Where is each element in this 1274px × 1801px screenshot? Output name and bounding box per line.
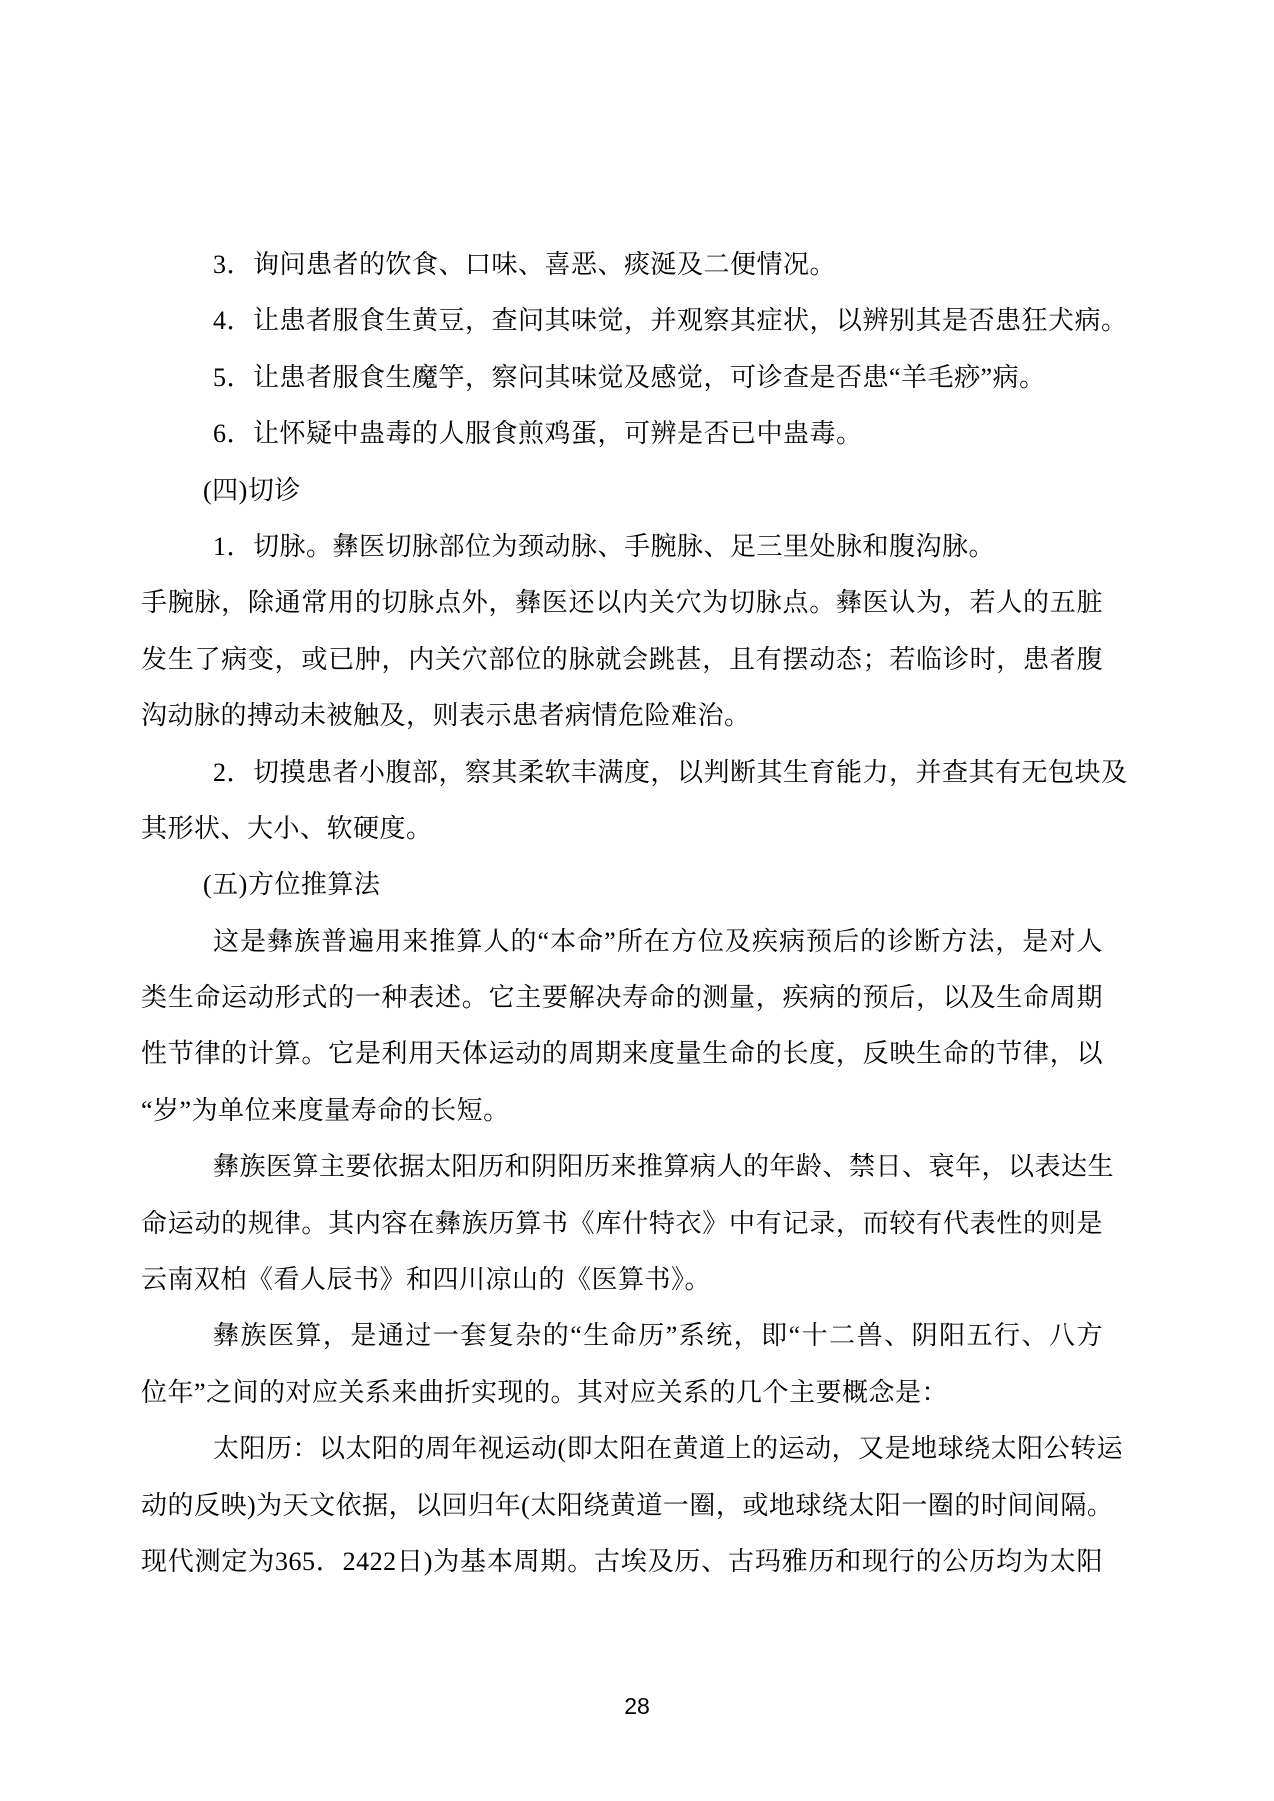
text-line: 3．询问患者的饮食、口味、喜恶、痰涎及二便情况。: [141, 237, 1103, 293]
text-line: 6．让怀疑中蛊毒的人服食煎鸡蛋，可辨是否已中蛊毒。: [141, 406, 1103, 462]
text-line: 1．切脉。彝医切脉部位为颈动脉、手腕脉、足三里处脉和腹沟脉。: [141, 519, 1103, 575]
text-line: 命运动的规律。其内容在彝族历算书《库什特衣》中有记录，而较有代表性的则是: [141, 1196, 1103, 1252]
page-number: 28: [0, 1688, 1274, 1724]
text-lines: 3．询问患者的饮食、口味、喜恶、痰涎及二便情况。4．让患者服食生黄豆，查问其味觉…: [141, 237, 1103, 1590]
text-line: 云南双柏《看人辰书》和四川凉山的《医算书》。: [141, 1252, 1103, 1308]
text-line: 发生了病变，或已肿，内关穴部位的脉就会跳甚，且有摆动态；若临诊时，患者腹: [141, 632, 1103, 688]
text-line: 动的反映)为天文依据，以回归年(太阳绕黄道一圈，或地球绕太阳一圈的时间间隔。: [141, 1478, 1103, 1534]
text-line: 4．让患者服食生黄豆，查问其味觉，并观察其症状，以辨别其是否患狂犬病。: [141, 293, 1103, 349]
text-line: 手腕脉，除通常用的切脉点外，彝医还以内关穴为切脉点。彝医认为，若人的五脏: [141, 575, 1103, 631]
text-line: “岁”为单位来度量寿命的长短。: [141, 1083, 1103, 1139]
text-line: 其形状、大小、软硬度。: [141, 801, 1103, 857]
text-line: 彝族医算，是通过一套复杂的“生命历”系统，即“十二兽、阴阳五行、八方: [141, 1308, 1103, 1364]
text-line: 彝族医算主要依据太阳历和阴阳历来推算病人的年龄、禁日、衰年，以表达生: [141, 1139, 1103, 1195]
text-line: 类生命运动形式的一种表述。它主要解决寿命的测量，疾病的预后，以及生命周期: [141, 970, 1103, 1026]
document-page: 3．询问患者的饮食、口味、喜恶、痰涎及二便情况。4．让患者服食生黄豆，查问其味觉…: [0, 0, 1274, 1801]
text-line: 沟动脉的搏动未被触及，则表示患者病情危险难治。: [141, 688, 1103, 744]
text-line: 太阳历：以太阳的周年视运动(即太阳在黄道上的运动，又是地球绕太阳公转运: [141, 1421, 1103, 1477]
text-line: 位年”之间的对应关系来曲折实现的。其对应关系的几个主要概念是：: [141, 1365, 1103, 1421]
text-line: 这是彝族普遍用来推算人的“本命”所在方位及疾病预后的诊断方法，是对人: [141, 914, 1103, 970]
text-line: 现代测定为365．2422日)为基本周期。古埃及历、古玛雅历和现行的公历均为太阳: [141, 1534, 1103, 1590]
text-line: 5．让患者服食生魔竽，察问其味觉及感觉，可诊查是否患“羊毛痧”病。: [141, 350, 1103, 406]
text-line: 2．切摸患者小腹部，察其柔软丰满度，以判断其生育能力，并查其有无包块及: [141, 745, 1103, 801]
text-line: 性节律的计算。它是利用天体运动的周期来度量生命的长度，反映生命的节律，以: [141, 1026, 1103, 1082]
text-line: (四)切诊: [141, 463, 1103, 519]
text-line: (五)方位推算法: [141, 857, 1103, 913]
